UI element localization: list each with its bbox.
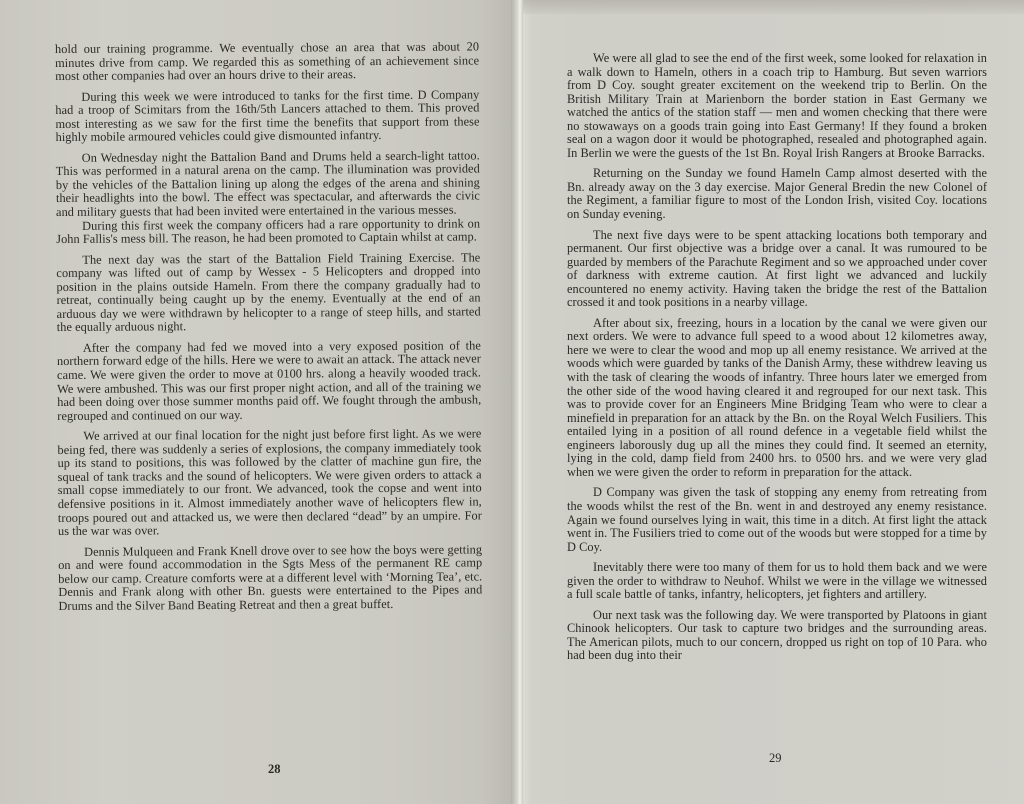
paragraph: D Company was given the task of stopping… — [567, 486, 987, 554]
paragraph: hold our training programme. We eventual… — [55, 40, 479, 83]
paragraph: During this first week the company offic… — [56, 217, 480, 247]
left-page-body: hold our training programme. We eventual… — [55, 40, 483, 620]
paragraph: During this week we were introduced to t… — [55, 88, 479, 145]
right-page-body: We were all glad to see the end of the f… — [567, 52, 987, 670]
page-edge-shadow — [517, 0, 1024, 14]
paragraph: Our next task was the following day. We … — [567, 609, 987, 663]
paragraph: Dennis Mulqueen and Frank Knell drove ov… — [58, 543, 482, 613]
page-number: 29 — [769, 751, 782, 766]
paragraph: After the company had fed we moved into … — [57, 339, 481, 423]
paragraph: We arrived at our final location for the… — [57, 428, 482, 539]
paragraph: On Wednesday night the Battalion Band an… — [56, 149, 480, 219]
page-number: 28 — [268, 762, 281, 777]
paragraph: We were all glad to see the end of the f… — [567, 52, 987, 160]
book-spread: hold our training programme. We eventual… — [0, 0, 1024, 804]
right-page: We were all glad to see the end of the f… — [517, 0, 1024, 804]
paragraph: The next day was the start of the Battal… — [56, 251, 480, 335]
paragraph: Returning on the Sunday we found Hameln … — [567, 167, 987, 221]
book-gutter — [511, 0, 523, 804]
paragraph: After about six, freezing, hours in a lo… — [567, 317, 987, 480]
paragraph: The next five days were to be spent atta… — [567, 229, 987, 310]
paragraph: Inevitably there were too many of them f… — [567, 561, 987, 602]
left-page: hold our training programme. We eventual… — [0, 0, 517, 804]
